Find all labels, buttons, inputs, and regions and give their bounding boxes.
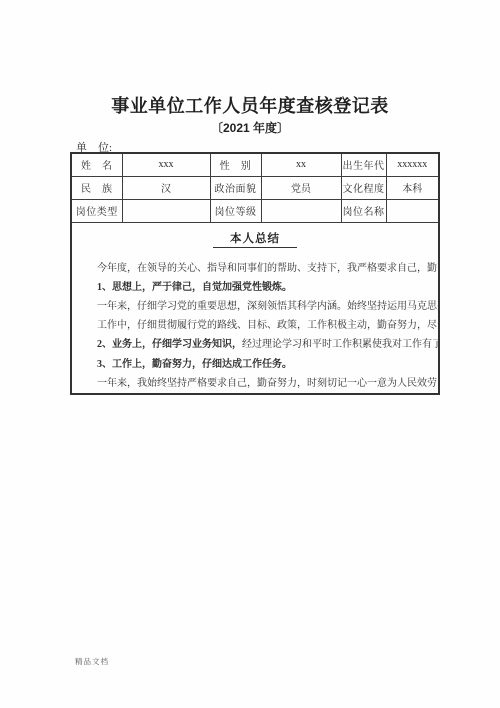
education-label: 文化程度 [341, 176, 386, 199]
section-heading: 3、工作上，勤奋努力，仔细达成工作任务。 [77, 355, 433, 374]
post-type-value [122, 199, 210, 222]
watermark-label: 精品文档 [75, 656, 109, 667]
ethnicity-value: 汉 [122, 176, 210, 199]
section-heading: 1、思想上，严于律己，自觉加强党性锻炼。 [77, 278, 433, 297]
table-row: 姓 名 xxx 性 别 xx 出生年代 xxxxxx [71, 153, 439, 176]
doc-title: 事业单位工作人员年度查核登记表 [0, 92, 500, 118]
paragraph: 一年来，仔细学习党的重要思想，深刻领悟其科学内涵。始终坚持运用马克思列宁主义的立… [77, 297, 433, 316]
birth-label: 出生年代 [341, 153, 386, 176]
name-label: 姓 名 [71, 153, 122, 176]
info-table: 姓 名 xxx 性 别 xx 出生年代 xxxxxx 民 族 汉 政治面貌 党员… [70, 152, 440, 395]
post-name-label: 岗位名称 [341, 199, 386, 222]
document-page: 事业单位工作人员年度查核登记表 〔2021 年度〕 单 位: 姓 名 xxx 性… [0, 0, 500, 708]
post-name-value [386, 199, 439, 222]
doc-subtitle: 〔2021 年度〕 [0, 119, 500, 136]
paragraph: 一年来，我始终坚持严格要求自己，勤奋努力，时刻切记一心一意为人民效劳 [77, 374, 433, 393]
gender-value: xx [261, 153, 341, 176]
paragraph: 今年度，在领导的关心、指导和同事们的帮助、支持下，我严格要求自己，勤奋学习，积极… [77, 259, 433, 278]
summary-title: 本人总结 [213, 230, 297, 248]
post-grade-label: 岗位等级 [210, 199, 261, 222]
paragraph-text: 经过理论学习和平时工作积累使我对工作有了较为深刻的认识。工作日变日新，时时需要学… [242, 339, 439, 350]
birth-value: xxxxxx [386, 153, 439, 176]
paragraph: 工作中，仔细贯彻履行党的路线、目标、政策，工作积极主动，勤奋努力，尽责尽责，不辞… [77, 316, 433, 335]
summary-body: 今年度，在领导的关心、指导和同事们的帮助、支持下，我严格要求自己，勤奋学习，积极… [77, 259, 433, 393]
post-type-label: 岗位类型 [71, 199, 122, 222]
name-value: xxx [122, 153, 210, 176]
post-grade-value [261, 199, 341, 222]
section-heading-inline: 2、业务上，仔细学习业务知识， [97, 339, 242, 350]
political-status-value: 党员 [261, 176, 341, 199]
political-status-label: 政治面貌 [210, 176, 261, 199]
summary-title-wrap: 本人总结 [77, 230, 433, 248]
education-value: 本科 [386, 176, 439, 199]
paragraph: 2、业务上，仔细学习业务知识，经过理论学习和平时工作积累使我对工作有了较为深刻的… [77, 335, 433, 354]
ethnicity-label: 民 族 [71, 176, 122, 199]
table-row: 岗位类型 岗位等级 岗位名称 [71, 199, 439, 222]
summary-section: 本人总结 今年度，在领导的关心、指导和同事们的帮助、支持下，我严格要求自己，勤奋… [71, 222, 439, 394]
table-row: 本人总结 今年度，在领导的关心、指导和同事们的帮助、支持下，我严格要求自己，勤奋… [71, 222, 439, 394]
gender-label: 性 别 [210, 153, 261, 176]
table-row: 民 族 汉 政治面貌 党员 文化程度 本科 [71, 176, 439, 199]
